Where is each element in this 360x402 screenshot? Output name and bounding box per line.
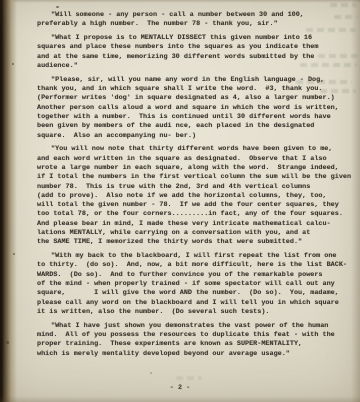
- text-line: which is merely mentality developed beyo…: [37, 350, 352, 359]
- text-line: thank you, and in which square shall I w…: [37, 85, 352, 94]
- paragraph: "You will now note that thirty different…: [37, 145, 352, 247]
- text-line: and at the same time, memorizing 30 diff…: [37, 53, 352, 62]
- text-line: wrote a large number in each square, alo…: [37, 164, 352, 173]
- text-line: preferably a high number. The number 78 …: [37, 20, 352, 29]
- text-line: WARDS. (Do so). And to further convince …: [37, 271, 352, 280]
- text-line: "Will someone - any person - call a numb…: [37, 11, 352, 20]
- text-line: please call any word on the blackboard a…: [37, 299, 352, 308]
- text-line: square. Also an accompanying nu- ber.): [37, 132, 352, 141]
- ink-speck: [150, 372, 152, 374]
- text-line: and each word written in the square as d…: [37, 155, 352, 164]
- scan-edge-top: [0, 0, 360, 3]
- text-line: together with a number. This is continue…: [37, 113, 352, 122]
- paragraph: "What I propose is to MENTALLY DISSECT t…: [37, 34, 352, 71]
- text-line: squares and place these numbers into the…: [37, 43, 352, 52]
- ink-speck: [56, 6, 59, 8]
- text-line: the SAME TIME, I memorized the thirty wo…: [37, 238, 352, 247]
- text-line: mind. All of you possess the resources t…: [37, 331, 352, 340]
- text-line: (Performer writes 'dog' in square design…: [37, 94, 352, 103]
- paragraph: "With my back to the blackboard, I will …: [37, 252, 352, 317]
- text-line: "Please, sir, will you name any word in …: [37, 76, 352, 85]
- text-line: audience.": [37, 62, 352, 71]
- paragraph: "What I have just shown you demonstrates…: [37, 322, 352, 359]
- text-line: too total 78, or the four corners.......…: [37, 210, 352, 219]
- ink-speck: [13, 253, 15, 255]
- text-line: Another person calls aloud a word and sq…: [37, 104, 352, 113]
- ink-speck: [12, 63, 14, 65]
- paragraph: "Please, sir, will you name any word in …: [37, 76, 352, 141]
- scan-edge-right: [351, 0, 360, 402]
- bleed-through-text: [330, 3, 357, 7]
- text-line: lations MENTALLY, while carrying on a co…: [37, 229, 352, 238]
- paragraph: "Will someone - any person - call a numb…: [37, 11, 352, 30]
- text-line: "What I have just shown you demonstrates…: [37, 322, 352, 331]
- ink-speck: [6, 341, 9, 344]
- text-line: of the mind - when properly trained - if…: [37, 280, 352, 289]
- scanned-document-page: "Will someone - any person - call a numb…: [0, 0, 360, 402]
- page-number: - 2 -: [0, 384, 360, 392]
- text-line: proper training. These experiments are k…: [37, 340, 352, 349]
- text-line: number 78. This is true with the 2nd, 3r…: [37, 183, 352, 192]
- bleed-through-page-number: [176, 376, 202, 380]
- text-line: been given by members of the audi nce, e…: [37, 122, 352, 131]
- text-line: square, I will give the word AND the num…: [37, 289, 352, 298]
- text-line: to thirty. (do so). And, now, a bit more…: [37, 261, 352, 270]
- scan-edge-bottom: [0, 396, 360, 402]
- text-line: "What I propose is to MENTALLY DISSECT t…: [37, 34, 352, 43]
- text-line: it is written, also the number. (Do seve…: [37, 308, 352, 317]
- document-body: "Will someone - any person - call a numb…: [37, 11, 352, 359]
- text-line: (add to prove). Also note if we add the …: [37, 192, 352, 201]
- text-line: And please bear in mind, I made these ve…: [37, 220, 352, 229]
- text-line: if I total the numbers in the first vert…: [37, 173, 352, 182]
- text-line: "You will now note that thirty different…: [37, 145, 352, 154]
